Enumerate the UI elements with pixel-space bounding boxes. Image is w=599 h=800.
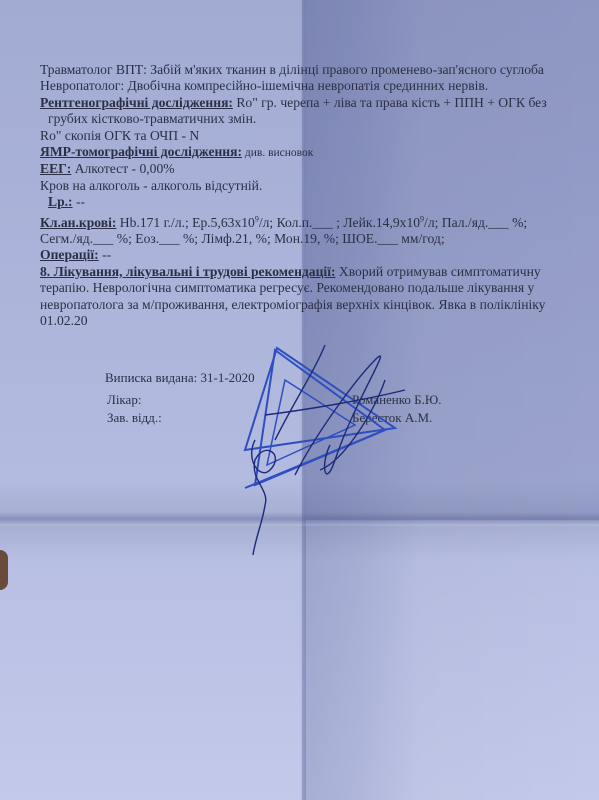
ro-scopy-line: Ro" скопія ОГК та ОЧП - N	[40, 128, 599, 144]
finger	[0, 550, 8, 590]
eeg-line: ЕЕГ: Алкотест - 0,00%	[40, 161, 599, 177]
xray-text: Ro" гр. черепа + ліва та права кість + П…	[233, 95, 547, 110]
lp-text: --	[73, 194, 85, 209]
mri-text: див. висновок	[242, 147, 313, 159]
ops-line: Операції: --	[40, 247, 599, 263]
cbc-text-c: /л; Пал./яд.___ %;	[424, 215, 527, 230]
cbc-line: Кл.ан.крові: Hb.171 г./л.; Ер.5,63х109/л…	[40, 215, 599, 231]
cbc-text-b: /л; Кол.п.___ ; Лейк.14,9х10	[259, 215, 420, 230]
ops-text: --	[99, 247, 111, 262]
lp-line: Lp.: --	[40, 194, 599, 210]
xray-line-2: грубих кістково-травматичних змін.	[40, 111, 599, 127]
doctor-label: Лікар:	[107, 392, 141, 408]
xray-line: Рентгенографічні дослідження: Ro" гр. че…	[40, 95, 599, 111]
eeg-label: ЕЕГ:	[40, 161, 71, 176]
signature-icon	[252, 345, 405, 555]
trauma-line: Травматолог ВПТ: Забій м'яких тканин в д…	[40, 62, 599, 78]
cbc-text-a: Hb.171 г./л.; Ер.5,63х10	[116, 215, 254, 230]
cbc-label: Кл.ан.крові:	[40, 215, 116, 230]
neuro-line: Невропатолог: Двобічна компресійно-ішемі…	[40, 78, 599, 94]
blood-alcohol-line: Кров на алкоголь - алкоголь відсутній.	[40, 178, 599, 194]
mri-line: ЯМР-томографічні дослідження: див. висно…	[40, 144, 599, 161]
mri-label: ЯМР-томографічні дослідження:	[40, 144, 242, 159]
triangle-stamp-icon	[245, 348, 395, 488]
discharge-document: Травматолог ВПТ: Забій м'яких тканин в д…	[40, 62, 599, 330]
eeg-text: Алкотест - 0,00%	[71, 161, 174, 176]
cbc-line-2: Сегм./яд.___ %; Еоз.___ %; Лімф.21, %; М…	[40, 231, 599, 247]
head-label: Зав. відд.:	[107, 410, 162, 426]
treatment-label: 8. Лікування, лікувальні і трудові реком…	[40, 264, 336, 279]
treatment-paragraph: 8. Лікування, лікувальні і трудові реком…	[40, 264, 585, 330]
lp-label: Lp.:	[48, 194, 73, 209]
xray-label: Рентгенографічні дослідження:	[40, 95, 233, 110]
ops-label: Операції:	[40, 247, 99, 262]
stamp-and-signature	[225, 340, 525, 570]
